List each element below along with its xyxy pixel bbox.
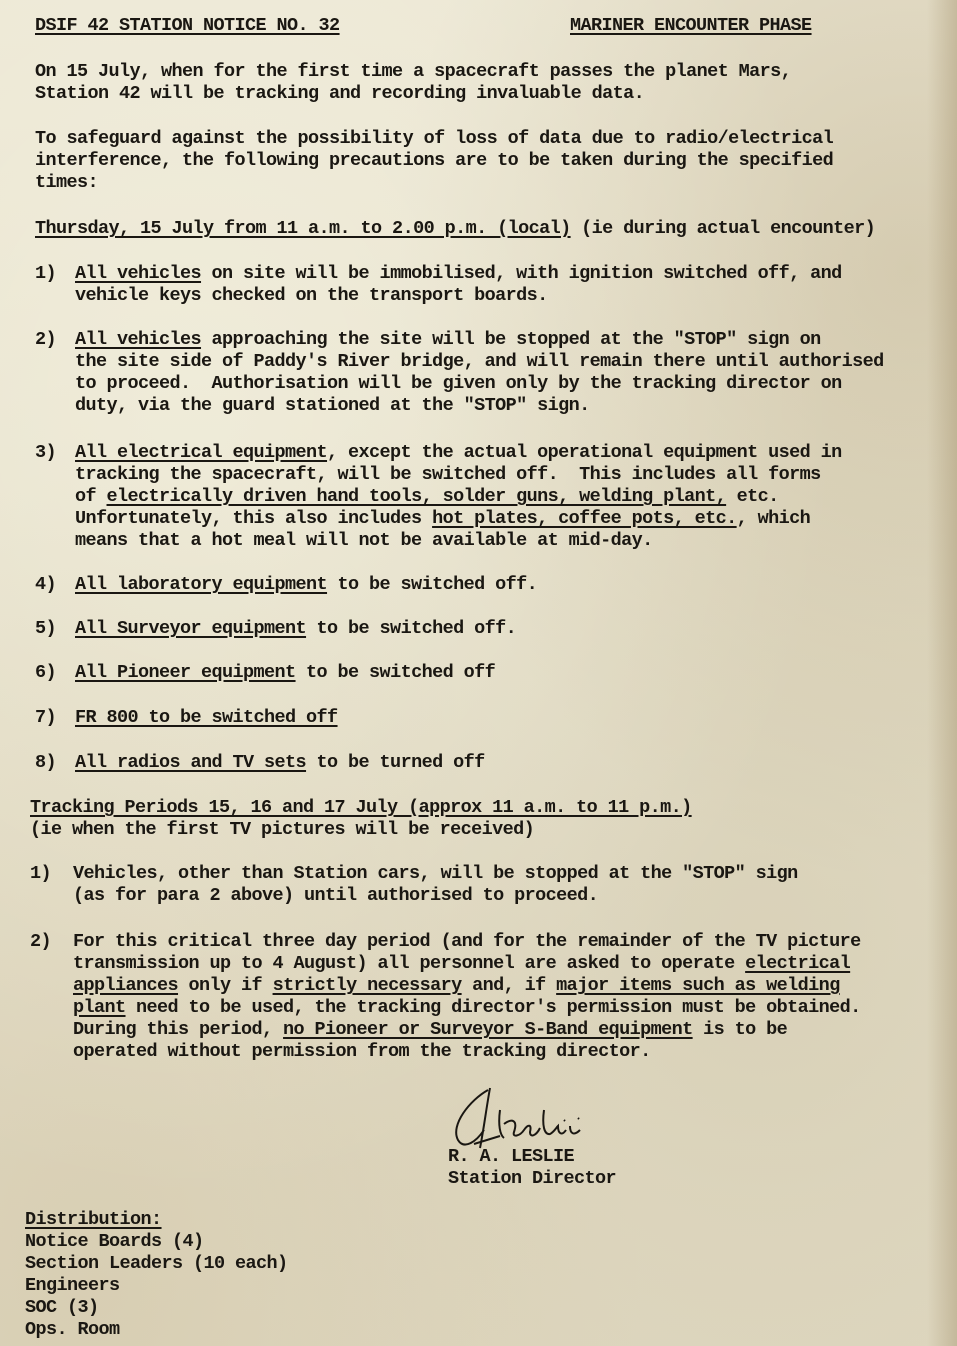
underlined-text: All vehicles xyxy=(75,263,201,284)
item-line: All vehicles on site will be immobilised… xyxy=(75,263,842,285)
item-line: means that a hot meal will not be availa… xyxy=(75,530,653,552)
line-text: transmission up to 4 August) all personn… xyxy=(73,953,745,974)
item-line: During this period, no Pioneer or Survey… xyxy=(73,1019,787,1041)
item-number: 2) xyxy=(35,329,56,351)
line-text: duty, via the guard stationed at the "ST… xyxy=(75,395,590,416)
line-text: and, if xyxy=(462,975,557,996)
line-text: Vehicles, other than Station cars, will … xyxy=(73,863,798,884)
item-number: 3) xyxy=(35,442,56,464)
item-line: operated without permission from the tra… xyxy=(73,1041,651,1063)
underlined-text: hot plates, coffee pots, etc. xyxy=(432,508,737,529)
line-text: During this period, xyxy=(73,1019,283,1040)
underlined-text: no Pioneer or Surveyor S-Band equipment xyxy=(283,1019,693,1040)
notice-page: DSIF 42 STATION NOTICE NO. 32 MARINER EN… xyxy=(0,0,957,1346)
distribution-item: Notice Boards (4) xyxy=(25,1231,204,1253)
item-line: All vehicles approaching the site will b… xyxy=(75,329,821,351)
line-text: to proceed. Authorisation will be given … xyxy=(75,373,842,394)
line-text: etc. xyxy=(726,486,779,507)
underlined-text: appliances xyxy=(73,975,178,996)
intro-p2-line1: To safeguard against the possibility of … xyxy=(35,128,833,150)
line-text: is to be xyxy=(693,1019,788,1040)
line-text: to be turned off xyxy=(306,752,485,773)
underlined-text: All Pioneer equipment xyxy=(75,662,296,683)
line-text: operated without permission from the tra… xyxy=(73,1041,651,1062)
item-line: For this critical three day period (and … xyxy=(73,931,861,953)
underlined-text: FR 800 to be switched off xyxy=(75,707,338,728)
distribution-item: Ops. Room xyxy=(25,1319,120,1341)
underlined-text: strictly necessary xyxy=(273,975,462,996)
underlined-text: All laboratory equipment xyxy=(75,574,327,595)
underlined-text: All electrical equipment xyxy=(75,442,327,463)
section1-heading-underlined: Thursday, 15 July from 11 a.m. to 2.00 p… xyxy=(35,218,571,239)
line-text: (as for para 2 above) until authorised t… xyxy=(73,885,598,906)
line-text: approaching the site will be stopped at … xyxy=(201,329,821,350)
item-number: 5) xyxy=(35,618,56,640)
line-text: , which xyxy=(737,508,811,529)
notice-title-text: DSIF 42 STATION NOTICE NO. 32 xyxy=(35,15,340,36)
line-text: vehicle keys checked on the transport bo… xyxy=(75,285,548,306)
underlined-text: All radios and TV sets xyxy=(75,752,306,773)
underlined-text: electrical xyxy=(745,953,850,974)
distribution-heading-text: Distribution: xyxy=(25,1209,162,1230)
line-text: the site side of Paddy's River bridge, a… xyxy=(75,351,884,372)
item-line: the site side of Paddy's River bridge, a… xyxy=(75,351,884,373)
signatory-title: Station Director xyxy=(448,1168,616,1190)
intro-p2-line3: times: xyxy=(35,172,98,194)
section1-heading-rest: (ie during actual encounter) xyxy=(571,218,876,239)
line-text: Unfortunately, this also includes xyxy=(75,508,432,529)
item-line: tracking the spacecraft, will be switche… xyxy=(75,464,821,486)
item-line: All Surveyor equipment to be switched of… xyxy=(75,618,516,640)
item-line: Unfortunately, this also includes hot pl… xyxy=(75,508,810,530)
item-line: vehicle keys checked on the transport bo… xyxy=(75,285,548,307)
item-line: transmission up to 4 August) all personn… xyxy=(73,953,850,975)
distribution-item: Engineers xyxy=(25,1275,120,1297)
item-line: All radios and TV sets to be turned off xyxy=(75,752,485,774)
item-number: 2) xyxy=(30,931,51,953)
intro-p1-line2: Station 42 will be tracking and recordin… xyxy=(35,83,644,105)
line-text: tracking the spacecraft, will be switche… xyxy=(75,464,821,485)
underlined-text: All Surveyor equipment xyxy=(75,618,306,639)
underlined-text: major items such as welding xyxy=(556,975,840,996)
item-line: (as for para 2 above) until authorised t… xyxy=(73,885,598,907)
item-line: of electrically driven hand tools, solde… xyxy=(75,486,779,508)
underlined-text: electrically driven hand tools, solder g… xyxy=(107,486,727,507)
item-line: appliances only if strictly necessary an… xyxy=(73,975,840,997)
distribution-heading: Distribution: xyxy=(25,1209,162,1231)
line-text: to be switched off xyxy=(296,662,496,683)
phase-title-text: MARINER ENCOUNTER PHASE xyxy=(570,15,812,36)
line-text: on site will be immobilised, with igniti… xyxy=(201,263,842,284)
notice-title: DSIF 42 STATION NOTICE NO. 32 xyxy=(35,15,361,37)
line-text: to be switched off. xyxy=(306,618,516,639)
item-line: All Pioneer equipment to be switched off xyxy=(75,662,495,684)
section2-heading-text: Tracking Periods 15, 16 and 17 July (app… xyxy=(30,797,692,818)
intro-p1-line1: On 15 July, when for the first time a sp… xyxy=(35,61,791,83)
line-text: For this critical three day period (and … xyxy=(73,931,861,952)
item-number: 1) xyxy=(30,863,51,885)
section2-heading-line1: Tracking Periods 15, 16 and 17 July (app… xyxy=(30,797,692,819)
item-line: to proceed. Authorisation will be given … xyxy=(75,373,842,395)
distribution-item: Section Leaders (10 each) xyxy=(25,1253,288,1275)
item-line: Vehicles, other than Station cars, will … xyxy=(73,863,798,885)
signatory-name: R. A. LESLIE xyxy=(448,1146,574,1168)
item-number: 6) xyxy=(35,662,56,684)
line-text: , except the actual operational equipmen… xyxy=(327,442,842,463)
underlined-text: plant xyxy=(73,997,126,1018)
line-text: only if xyxy=(178,975,273,996)
item-line: plant need to be used, the tracking dire… xyxy=(73,997,861,1019)
section1-heading: Thursday, 15 July from 11 a.m. to 2.00 p… xyxy=(35,218,875,240)
distribution-item: SOC (3) xyxy=(25,1297,99,1319)
line-text: to be switched off. xyxy=(327,574,537,595)
item-line: duty, via the guard stationed at the "ST… xyxy=(75,395,590,417)
item-number: 4) xyxy=(35,574,56,596)
underlined-text: All vehicles xyxy=(75,329,201,350)
section2-heading-line2: (ie when the first TV pictures will be r… xyxy=(30,819,534,841)
item-number: 1) xyxy=(35,263,56,285)
item-line: All laboratory equipment to be switched … xyxy=(75,574,537,596)
item-line: FR 800 to be switched off xyxy=(75,707,338,729)
item-line: All electrical equipment, except the act… xyxy=(75,442,842,464)
intro-p2-line2: interference, the following precautions … xyxy=(35,150,833,172)
line-text: need to be used, the tracking director's… xyxy=(126,997,861,1018)
paper-edge-shadow xyxy=(927,0,957,1346)
line-text: means that a hot meal will not be availa… xyxy=(75,530,653,551)
line-text: of xyxy=(75,486,107,507)
item-number: 8) xyxy=(35,752,56,774)
phase-title: MARINER ENCOUNTER PHASE xyxy=(570,15,812,37)
item-number: 7) xyxy=(35,707,56,729)
